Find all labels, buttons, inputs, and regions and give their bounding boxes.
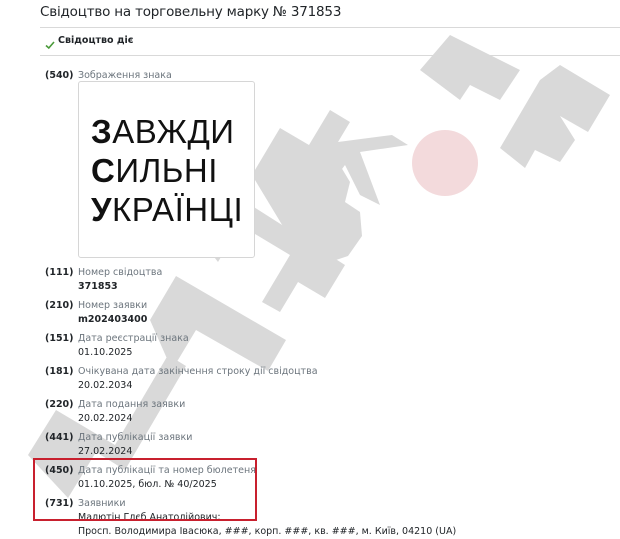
field-code: (111) [45,267,79,278]
field-label: Номер заявки [78,300,147,311]
field-label: Дата подання заявки [78,399,185,410]
field-value: 01.10.2025 [78,347,132,358]
check-icon [45,35,55,45]
field-code: (540) [45,70,79,81]
mark-image[interactable]: ЗАВЖДИ СИЛЬНІ УКРАЇНЦІ [78,81,255,258]
field-code: (220) [45,399,79,410]
field-code: (181) [45,366,79,377]
field-value: 27.02.2024 [78,446,132,457]
field-value: m202403400 [78,314,147,325]
field-label: Дата публікації заявки [78,432,192,443]
mark-line-3: УКРАЇНЦІ [91,193,243,226]
page-header: Свідоцтво на торговельну марку № 371853 [40,0,620,28]
mark-line-1: ЗАВЖДИ [91,115,235,148]
field-code: (151) [45,333,79,344]
field-value: 371853 [78,281,118,292]
mark-line-2: СИЛЬНІ [91,154,218,187]
highlight-box [33,458,257,521]
field-value: 20.02.2024 [78,413,132,424]
field-label: Зображення знака [78,70,172,81]
field-label: Очікувана дата закінчення строку дії сві… [78,366,318,377]
page-title: Свідоцтво на торговельну марку № 371853 [40,4,341,20]
field-value: 20.02.2034 [78,380,132,391]
field-label: Номер свідоцтва [78,267,162,278]
field-label: Дата реєстрації знака [78,333,189,344]
field-code: (210) [45,300,79,311]
status-label: Свідоцтво діє [58,35,133,46]
field-code: (441) [45,432,79,443]
status-row: Свідоцтво діє [40,28,620,56]
applicant-address: Просп. Володимира Івасюка, ###, корп. ##… [78,526,456,537]
